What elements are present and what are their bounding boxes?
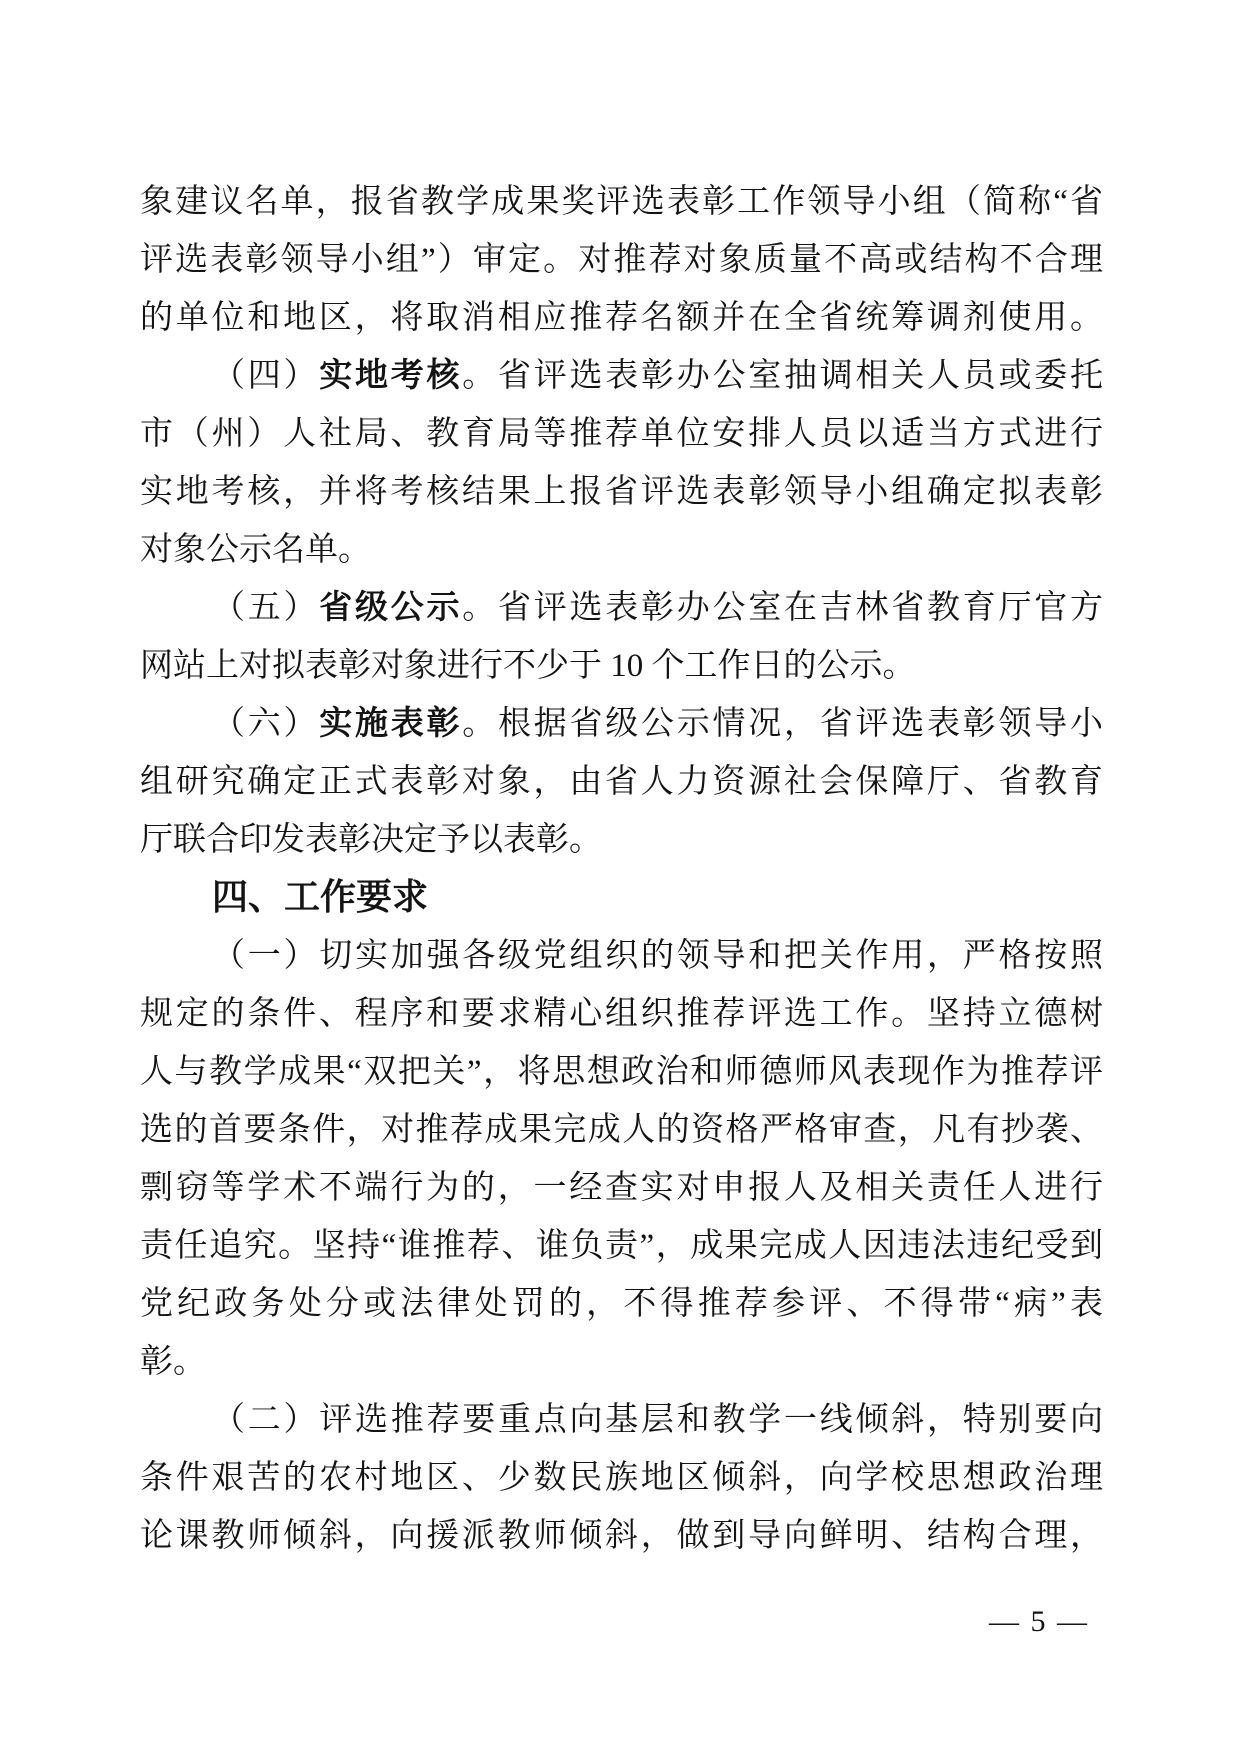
document-body: 象建议名单，报省教学成果奖评选表彰工作领导小组（简称“省评选表彰领导小组”）审定… [140, 173, 1103, 1565]
text-line: 网站上对拟表彰对象进行不少于 10 个工作日的公示。 [140, 637, 1103, 695]
body-text: 责任追究。坚持“谁推荐、谁负责”，成果完成人因违法违纪受到 [140, 1228, 1103, 1264]
emphasized-text: 四、工作要求 [212, 877, 428, 918]
body-text: 实地考核，并将考核结果上报省评选表彰领导小组确定拟表彰 [140, 474, 1103, 510]
text-line: 象建议名单，报省教学成果奖评选表彰工作领导小组（简称“省 [140, 173, 1103, 231]
page-number: — 5 — [989, 1600, 1089, 1644]
body-text: （一）切实加强各级党组织的领导和把关作用，严格按照 [212, 938, 1103, 974]
emphasized-text: 省级公示 [319, 590, 462, 626]
document-page: 象建议名单，报省教学成果奖评选表彰工作领导小组（简称“省评选表彰领导小组”）审定… [0, 0, 1241, 1755]
text-line: 选的首要条件，对推荐成果完成人的资格严格审查，凡有抄袭、 [140, 1101, 1103, 1159]
text-line: （四）实地考核。省评选表彰办公室抽调相关人员或委托 [140, 347, 1103, 405]
body-text: （六） [212, 706, 319, 742]
body-text: 。省评选表彰办公室在吉林省教育厅官方 [462, 590, 1103, 626]
text-line: 剽窃等学术不端行为的，一经查实对申报人及相关责任人进行 [140, 1159, 1103, 1217]
text-line: 组研究确定正式表彰对象，由省人力资源社会保障厅、省教育 [140, 753, 1103, 811]
body-text: 厅联合印发表彰决定予以表彰。 [140, 822, 602, 858]
emphasized-text: 实地考核 [319, 358, 462, 394]
text-line: 论课教师倾斜，向援派教师倾斜，做到导向鲜明、结构合理， [140, 1507, 1103, 1565]
body-text: 彰。 [140, 1344, 206, 1380]
body-text: 组研究确定正式表彰对象，由省人力资源社会保障厅、省教育 [140, 764, 1103, 800]
text-line: 党纪政务处分或法律处罚的，不得推荐参评、不得带“病”表 [140, 1275, 1103, 1333]
body-text: 。省评选表彰办公室抽调相关人员或委托 [462, 358, 1103, 394]
body-text: 剽窃等学术不端行为的，一经查实对申报人及相关责任人进行 [140, 1170, 1103, 1206]
text-line: 彰。 [140, 1333, 1103, 1391]
text-line: 的单位和地区，将取消相应推荐名额并在全省统筹调剂使用。 [140, 289, 1103, 347]
body-text: 网站上对拟表彰对象进行不少于 10 个工作日的公示。 [140, 648, 916, 684]
body-text: 党纪政务处分或法律处罚的，不得推荐参评、不得带“病”表 [140, 1286, 1103, 1322]
body-text: 。根据省级公示情况，省评选表彰领导小 [462, 706, 1103, 742]
text-line: 条件艰苦的农村地区、少数民族地区倾斜，向学校思想政治理 [140, 1449, 1103, 1507]
body-text: 人与教学成果“双把关”，将思想政治和师德师风表现作为推荐评 [140, 1054, 1103, 1090]
text-line: （六）实施表彰。根据省级公示情况，省评选表彰领导小 [140, 695, 1103, 753]
text-line: 评选表彰领导小组”）审定。对推荐对象质量不高或结构不合理 [140, 231, 1103, 289]
body-text: 象建议名单，报省教学成果奖评选表彰工作领导小组（简称“省 [140, 184, 1103, 220]
body-text: 规定的条件、程序和要求精心组织推荐评选工作。坚持立德树 [140, 996, 1103, 1032]
text-line: 人与教学成果“双把关”，将思想政治和师德师风表现作为推荐评 [140, 1043, 1103, 1101]
text-line: 厅联合印发表彰决定予以表彰。 [140, 811, 1103, 869]
body-text: （四） [212, 358, 319, 394]
body-text: 的单位和地区，将取消相应推荐名额并在全省统筹调剂使用。 [140, 300, 1103, 336]
text-line: 责任追究。坚持“谁推荐、谁负责”，成果完成人因违法违纪受到 [140, 1217, 1103, 1275]
text-line: （一）切实加强各级党组织的领导和把关作用，严格按照 [140, 927, 1103, 985]
body-text: 论课教师倾斜，向援派教师倾斜，做到导向鲜明、结构合理， [140, 1518, 1103, 1554]
text-line: 实地考核，并将考核结果上报省评选表彰领导小组确定拟表彰 [140, 463, 1103, 521]
body-text: （五） [212, 590, 319, 626]
body-text: 条件艰苦的农村地区、少数民族地区倾斜，向学校思想政治理 [140, 1460, 1103, 1496]
body-text: 市（州）人社局、教育局等推荐单位安排人员以适当方式进行 [140, 416, 1103, 452]
text-line: （五）省级公示。省评选表彰办公室在吉林省教育厅官方 [140, 579, 1103, 637]
body-text: （二）评选推荐要重点向基层和教学一线倾斜，特别要向 [212, 1402, 1103, 1438]
body-text: 评选表彰领导小组”）审定。对推荐对象质量不高或结构不合理 [140, 242, 1103, 278]
text-line: 对象公示名单。 [140, 521, 1103, 579]
body-text: 选的首要条件，对推荐成果完成人的资格严格审查，凡有抄袭、 [140, 1112, 1103, 1148]
text-line: （二）评选推荐要重点向基层和教学一线倾斜，特别要向 [140, 1391, 1103, 1449]
text-line: 市（州）人社局、教育局等推荐单位安排人员以适当方式进行 [140, 405, 1103, 463]
body-text: 对象公示名单。 [140, 532, 371, 568]
emphasized-text: 实施表彰 [319, 706, 462, 742]
text-line: 规定的条件、程序和要求精心组织推荐评选工作。坚持立德树 [140, 985, 1103, 1043]
section-heading: 四、工作要求 [140, 869, 1103, 927]
